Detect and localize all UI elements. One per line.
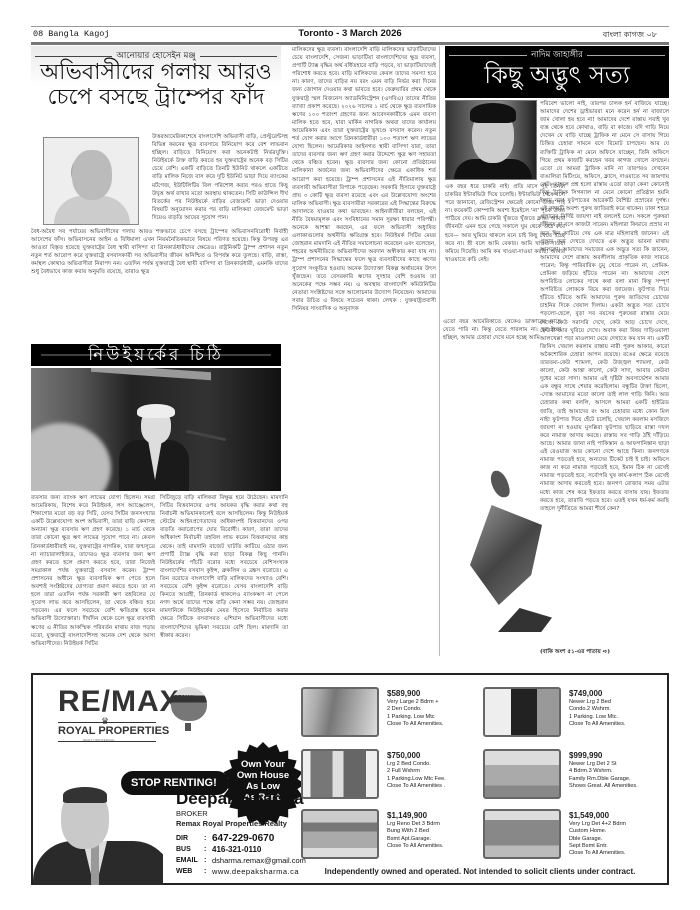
contact-label: EMAIL	[176, 857, 204, 864]
right-article-body: পরিবেশ ভালো নাই, তারপর চালক হর্ন বাজিয়ে…	[540, 100, 669, 648]
photo-hair	[63, 787, 107, 803]
listing-info: $1,149,900 Lrg Reno Det 3 Bdrm Bung With…	[387, 811, 443, 850]
listing-line: 4 Bdrm.3 Wshrm.	[569, 768, 638, 775]
listing-line: Close To All Amenities.	[569, 721, 625, 728]
left-article-para-3: ব্যবসার জন্য ব্যাংক ঋণ লাভের যোগ্য ছিলেন…	[31, 494, 155, 654]
listing-line: Custom Home.	[569, 828, 626, 835]
listing-line: Bung With 2 Bed	[387, 828, 443, 835]
listing-line: Close To All Amenities.	[387, 721, 443, 728]
contact-phone-dir[interactable]: 647-229-0670	[212, 833, 274, 844]
author-photo-right	[445, 100, 537, 180]
starburst-line: Own House	[221, 770, 305, 781]
listing-card[interactable]: $750,000 Lrg 2 Bed Condo. 2 Full Wshrm 1…	[301, 749, 485, 799]
listing-line: Close To All Amenities.	[569, 850, 626, 857]
listing-card[interactable]: $589,900 Very Large 2 Bdrm + 2 Den Condo…	[301, 687, 485, 737]
listing-info: $750,000 Lrg 2 Bed Condo. 2 Full Wshrm 1…	[387, 751, 446, 790]
listing-price: $1,149,900	[387, 811, 443, 821]
listing-photo	[483, 687, 561, 737]
contact-phone-bus[interactable]: 416-321-0110	[212, 845, 261, 854]
ad-disclaimer: Independently owned and operated. Not in…	[293, 867, 667, 876]
contact-label: WEB	[176, 868, 204, 875]
listing-price: $749,000	[569, 689, 625, 699]
listing-line: 1 Parking. Low Mtc.	[569, 714, 625, 721]
listing-line: Bsmt Apt.Garage.	[387, 836, 443, 843]
listing-line: Very Lrg Det 4+2 Bdrm	[569, 821, 626, 828]
contact-label: DIR	[176, 835, 204, 842]
right-headline: কিছু অদ্ভুৎ সত্য	[445, 60, 669, 90]
listing-line: Close To All Amenities.	[387, 843, 443, 850]
top-rule	[31, 26, 669, 27]
listing-info: $999,990 Newer Lrg Det 2 St 4 Bdrm.3 Wsh…	[569, 751, 638, 790]
listing-line: Newer Lrg Det 2 St	[569, 761, 638, 768]
left-article-para-2: বৈধ-অবৈধ সব পর্যায়ের অভিবাসীদের গলায় আ…	[31, 228, 288, 348]
illustration-shard	[489, 468, 512, 499]
byline-rule	[200, 56, 277, 57]
byline-rule	[35, 56, 112, 57]
remax-advertisement: RE/MAX ♛ ROYAL PROPERTIES REALTY BROKERA…	[31, 673, 669, 885]
agent-photo	[33, 785, 163, 885]
photo-foreground-blur	[31, 423, 111, 491]
contact-email: EMAIL: dsharma.remax@gmail.com	[176, 855, 306, 866]
agent-contacts: DIR: 647-229-0670 BUS: 416-321-0110 EMAI…	[176, 833, 306, 877]
listing-line: Shows Great. All Amenities.	[569, 783, 638, 790]
photo-hair	[137, 404, 175, 418]
contact-label: BUS	[176, 846, 204, 853]
listing-line: 2 Full Wshrm	[387, 768, 446, 775]
page-number-right: বাংলা কাগজ ০৮	[603, 29, 657, 42]
listing-line: Close To All Amenities .	[387, 783, 446, 790]
photo-hair	[470, 103, 516, 123]
listing-price: $750,000	[387, 751, 446, 761]
listing-info: $589,900 Very Large 2 Bdrm + 2 Den Condo…	[387, 689, 443, 728]
photo-head	[72, 150, 112, 200]
listing-price: $999,990	[569, 751, 638, 761]
left-article-para-1: উত্তরআমেরিকাশেষে বাংলাদেশি অভিবাসী বাড়ি…	[152, 133, 288, 223]
listing-card[interactable]: $749,000 Newer Lrg 2 Bed Condo.2 Wshrm. …	[483, 687, 667, 737]
listing-info: $749,000 Newer Lrg 2 Bed Condo.2 Wshrm. …	[569, 689, 625, 728]
listing-info: $1,549,000 Very Lrg Det 4+2 Bdrm Custom …	[569, 811, 626, 857]
microphone-icon	[186, 430, 226, 441]
section-banner-ny-letter: নিউইয়র্কের চিঠি	[31, 344, 281, 366]
listing-photo	[301, 809, 379, 859]
byline-rule	[449, 55, 527, 56]
listing-line: Condo.2 Wshrm.	[569, 706, 625, 713]
listing-photo	[483, 749, 561, 799]
page-header: 08 Bangla Kagoj Toronto - 3 March 2026 ব…	[31, 28, 669, 42]
listing-line: Lrg Reno Det 3 Bdrm	[387, 821, 443, 828]
contact-dir: DIR: 647-229-0670	[176, 833, 306, 844]
listing-line: Sept Bsmt Entr.	[569, 843, 626, 850]
listing-photo	[301, 687, 379, 737]
illustration-shard	[470, 505, 542, 605]
contact-web: WEB: www.deepaksharma.ca	[176, 866, 306, 877]
balloon-basket-icon	[185, 723, 191, 731]
photo-ceiling-beam	[91, 368, 211, 380]
remax-royal-properties: ROYAL PROPERTIES	[58, 725, 169, 737]
listing-photo	[483, 809, 561, 859]
right-article-header: নাদিম জাহাঙ্গীর কিছু অদ্ভুৎ সত্য	[445, 46, 669, 98]
header-rule	[31, 42, 669, 45]
remax-logo: RE/MAX	[58, 685, 181, 719]
contact-bus: BUS: 416-321-0110	[176, 844, 306, 855]
agent-firm: Remax Royal Properties Realty	[176, 819, 287, 828]
left-article-column-b: মালিকদের ক্ষুদ্র ব্যবসা। বাংলাদেশি বাড়ি…	[292, 46, 440, 656]
byline-rule	[587, 55, 665, 56]
listing-card[interactable]: $999,990 Newer Lrg Det 2 St 4 Bdrm.3 Wsh…	[483, 749, 667, 799]
left-article-header: আনোয়ার হোসেইন মঞ্জু অভিবাসীদের গলায় আর…	[31, 46, 281, 111]
issue-date: Toronto - 3 March 2026	[31, 28, 669, 39]
photo-shirt	[54, 196, 130, 224]
listing-line: Family Rm.Dble Garage.	[569, 776, 638, 783]
logo-rule	[58, 741, 156, 742]
contact-email-link[interactable]: dsharma.remax@gmail.com	[212, 856, 306, 865]
listing-line: Dble Garage.	[569, 836, 626, 843]
balloon-label: RE/MAX	[174, 695, 193, 701]
author-photo-left	[43, 137, 139, 225]
listing-line: 2 Den Condo.	[387, 706, 443, 713]
left-article-para-4: সিটিজুড়ে বাড়ি মালিকরা বিক্ষুব্ধ হয়ে উ…	[160, 494, 288, 654]
agent-name: Deepak Sharma	[176, 789, 304, 809]
listing-photo	[301, 749, 379, 799]
contact-web-link[interactable]: www.deepaksharma.ca	[212, 867, 299, 876]
listing-price: $1,549,000	[569, 811, 626, 821]
listing-card[interactable]: $1,549,000 Very Lrg Det 4+2 Bdrm Custom …	[483, 809, 667, 859]
listing-line: 1 Parking. Low Mtc	[387, 714, 443, 721]
continued-notice: (বাকি অংশ ৫১-এর পাতায় ➪)	[540, 648, 669, 656]
left-headline: অভিবাসীদের গলায় আরও চেপে বসছে ট্রাম্পের…	[31, 60, 281, 110]
listing-line: Very Large 2 Bdrm +	[387, 699, 443, 706]
photo-tie	[91, 845, 99, 885]
trump-podium-photo	[31, 368, 281, 491]
own-house-starburst: Own Your Own House As Low As Rent.	[221, 742, 305, 826]
right-article-column-d: পরিবেশ ভালো নাই, তারপর চালক হর্ন বাজিয়ে…	[540, 100, 669, 660]
starburst-line: Own Your	[221, 759, 305, 770]
abstract-illustration	[470, 470, 550, 650]
hot-air-balloon-icon	[171, 687, 207, 721]
listing-price: $589,900	[387, 689, 443, 699]
agent-role: BROKER	[176, 809, 208, 818]
listing-card[interactable]: $1,149,900 Lrg Reno Det 3 Bdrm Bung With…	[301, 809, 485, 859]
listing-line: Lrg 2 Bed Condo.	[387, 761, 446, 768]
listing-line: Newer Lrg 2 Bed	[569, 699, 625, 706]
listing-line: 1 Parking.Low Mtc Fee.	[387, 776, 446, 783]
